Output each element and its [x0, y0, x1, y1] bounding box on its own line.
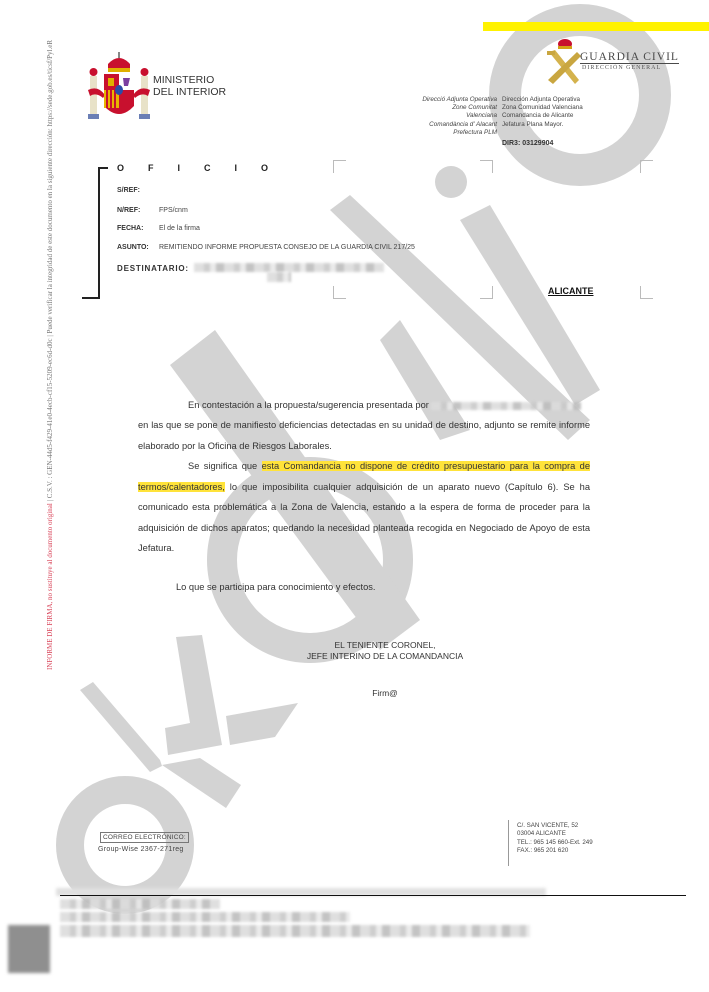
redacted-footer-line — [60, 925, 530, 937]
dir-right-line: Zona Comunidad Valenciana — [502, 104, 583, 112]
redacted-footer-line — [60, 899, 220, 909]
signature-rank: EL TENIENTE CORONEL, — [280, 640, 490, 651]
dir-left-line: Comandància d' Alacant — [420, 121, 497, 129]
guardia-civil-title: GUARDIA CIVIL — [580, 51, 679, 64]
highlight-stamp-bar — [483, 22, 709, 31]
department-spanish: Dirección Adjunta Operativa Zona Comunid… — [502, 96, 583, 129]
destinatario-label: DESTINATARIO: — [117, 264, 189, 273]
signature-position: JEFE INTERINO DE LA COMANDANCIA — [280, 651, 490, 662]
address-line: C/. SAN VICENTE, 52 — [517, 822, 593, 830]
footer-rule — [60, 895, 686, 896]
recipient-city: ALICANTE — [548, 286, 594, 296]
dir3-code: DIR3: 03129904 — [502, 140, 553, 147]
redacted-footer-line — [60, 912, 350, 922]
guardia-civil-emblem-icon — [543, 36, 583, 86]
dir-left-line: Direcció Adjunta Operativa — [420, 96, 497, 104]
corner-mark — [480, 286, 493, 299]
postal-address: C/. SAN VICENTE, 52 03004 ALICANTE TEL.:… — [517, 822, 593, 855]
sref-label: S/REF: — [117, 187, 140, 194]
p2-lead: Se significa que — [188, 461, 262, 471]
address-divider — [508, 820, 509, 866]
side-note-grey: | C.S.V. : GEN-44d5-f429-41e0-4ecb-cf15-… — [46, 40, 54, 503]
verification-side-note: INFORME DE FIRMA, no sustituye al docume… — [46, 50, 56, 670]
dir-left-line: Zone Comunitat Valenciana — [420, 104, 497, 120]
paragraph-3: Lo que se participa para conocimiento y … — [138, 577, 590, 598]
document-type-title: OFICIO — [117, 163, 292, 173]
dir-right-line: Dirección Adjunta Operativa — [502, 96, 583, 104]
p2-rest: lo que imposibilita cualquier adquisició… — [138, 482, 590, 554]
dir-right-line: Jefatura Plana Mayor. — [502, 121, 583, 129]
corner-mark — [333, 160, 346, 173]
department-catalan: Direcció Adjunta Operativa Zone Comunita… — [420, 96, 497, 137]
redacted-name — [431, 402, 581, 410]
fecha-value: El de la firma — [159, 225, 200, 232]
paragraph-1-cont: en las que se pone de manifiesto deficie… — [138, 415, 590, 456]
side-note-red: INFORME DE FIRMA, no sustituye al docume… — [46, 503, 54, 670]
address-line: 03004 ALICANTE — [517, 830, 593, 838]
guardia-civil-subtitle: DIRECCIÓN GENERAL — [582, 65, 661, 71]
redacted-recipient-2 — [267, 272, 291, 282]
nref-value: FPS/cnm — [159, 207, 188, 214]
p1-start: En contestación a la propuesta/sugerenci… — [188, 400, 429, 410]
p3: Lo que se participa para conocimiento y … — [176, 582, 375, 592]
nref-label: N/REF: — [117, 207, 140, 214]
redacted-recipient — [194, 263, 384, 272]
corner-mark — [640, 160, 653, 173]
signature-block: EL TENIENTE CORONEL, JEFE INTERINO DE LA… — [280, 640, 490, 662]
paragraph-2: Se significa que esta Comandancia no dis… — [138, 456, 590, 559]
ministry-line-1: MINISTERIO — [153, 74, 226, 86]
fecha-label: FECHA: — [117, 225, 143, 232]
ministry-line-2: DEL INTERIOR — [153, 86, 226, 98]
corner-mark — [480, 160, 493, 173]
paragraph-1: En contestación a la propuesta/sugerenci… — [138, 395, 590, 416]
p1-rest: en las que se pone de manifiesto deficie… — [138, 420, 590, 451]
address-phone: TEL.: 965 145 660-Ext. 249 — [517, 839, 593, 847]
frame-bracket-top — [98, 167, 108, 169]
signature-firm: Firm@ — [280, 688, 490, 699]
email-label: CORREO ELECTRÓNICO: — [100, 832, 189, 843]
corner-mark — [640, 286, 653, 299]
corner-mark — [333, 286, 346, 299]
address-fax: FAX.: 965 201 620 — [517, 847, 593, 855]
frame-bracket-bottom — [82, 297, 100, 299]
frame-bracket — [98, 167, 100, 298]
asunto-value: REMITIENDO INFORME PROPUESTA CONSEJO DE … — [159, 244, 415, 251]
redacted-qr-code — [8, 925, 50, 973]
spain-coat-of-arms-icon — [88, 50, 150, 128]
dir-right-line: Comandancia de Alicante — [502, 112, 583, 120]
groupwise-address: Group-Wise 2367-271reg — [98, 846, 184, 853]
asunto-label: ASUNTO: — [117, 244, 149, 251]
ministry-name: MINISTERIO DEL INTERIOR — [153, 74, 226, 98]
dir-left-line: Prefectura PLM — [420, 129, 497, 137]
